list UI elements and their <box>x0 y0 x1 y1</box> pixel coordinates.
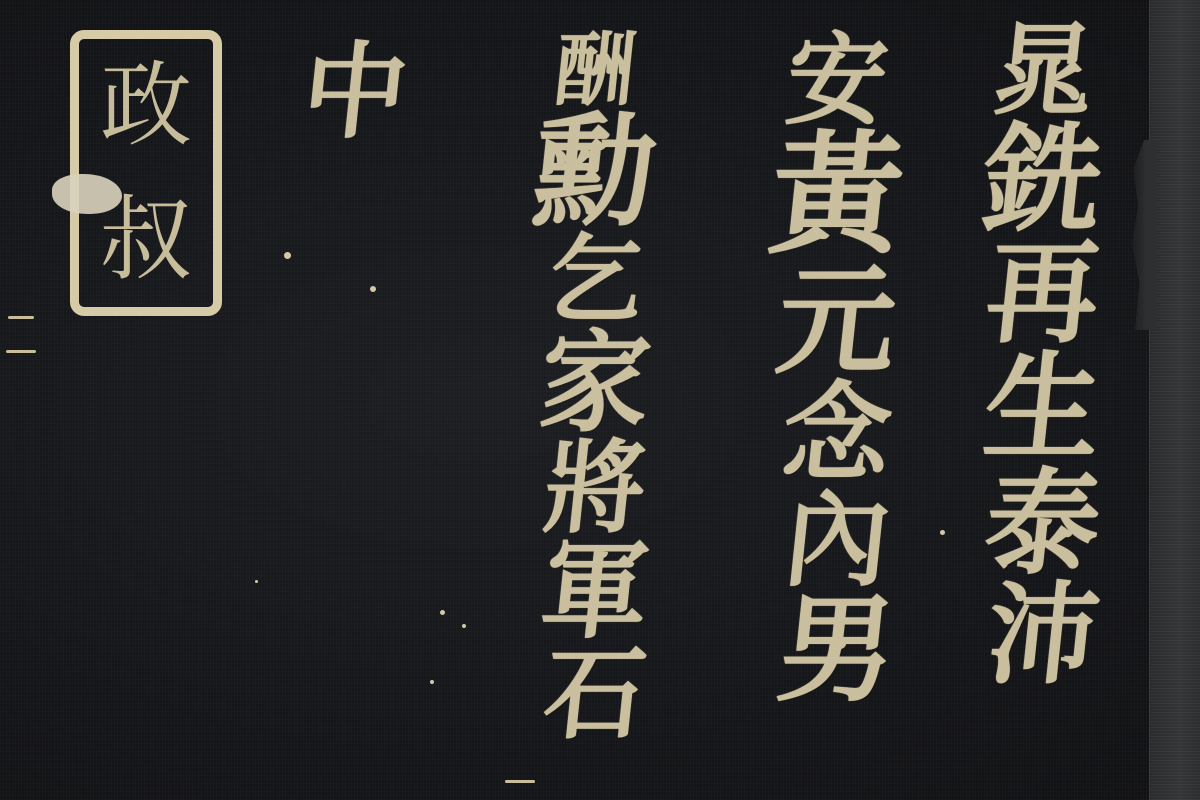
character: 石 <box>540 644 651 744</box>
character: 家 <box>534 328 656 438</box>
character: 中 <box>298 40 413 144</box>
calligraphy-column-2: 安 黃 元 念 內 男 <box>762 30 912 708</box>
speck <box>440 610 445 615</box>
paper-edge-strip <box>1149 0 1200 800</box>
character: 將 <box>540 438 651 538</box>
edge-mark <box>505 780 535 783</box>
speck <box>255 580 258 583</box>
speck <box>284 252 291 259</box>
speck <box>430 680 434 684</box>
character: 黃 <box>764 130 910 262</box>
collector-seal: 政 叔 <box>70 30 222 316</box>
speck <box>370 286 376 292</box>
character: 生 <box>979 350 1107 466</box>
character: 內 <box>780 488 895 592</box>
character: 晁 <box>988 20 1099 120</box>
character: 銑 <box>978 120 1108 238</box>
character: 沛 <box>982 580 1104 690</box>
character: 元 <box>772 262 902 380</box>
calligraphy-column-4: 中 <box>300 40 410 144</box>
calligraphy-column-1: 晁 銑 再 生 泰 沛 <box>968 20 1118 690</box>
character: 乞 <box>542 232 648 328</box>
edge-mark <box>6 350 36 353</box>
seal-character: 政 <box>100 60 192 152</box>
character: 再 <box>981 238 1105 350</box>
character: 男 <box>773 592 901 708</box>
character: 泰 <box>980 466 1106 580</box>
character: 酬 <box>551 30 639 110</box>
character: 軍 <box>536 538 653 644</box>
speck <box>462 624 466 628</box>
edge-mark <box>8 316 34 319</box>
white-smudge <box>52 174 122 214</box>
calligraphy-column-3: 酬 勳 乞 家 將 軍 石 <box>515 30 675 744</box>
character: 安 <box>782 30 893 130</box>
character: 念 <box>777 380 896 488</box>
speck <box>940 530 945 535</box>
character: 勳 <box>528 110 663 232</box>
